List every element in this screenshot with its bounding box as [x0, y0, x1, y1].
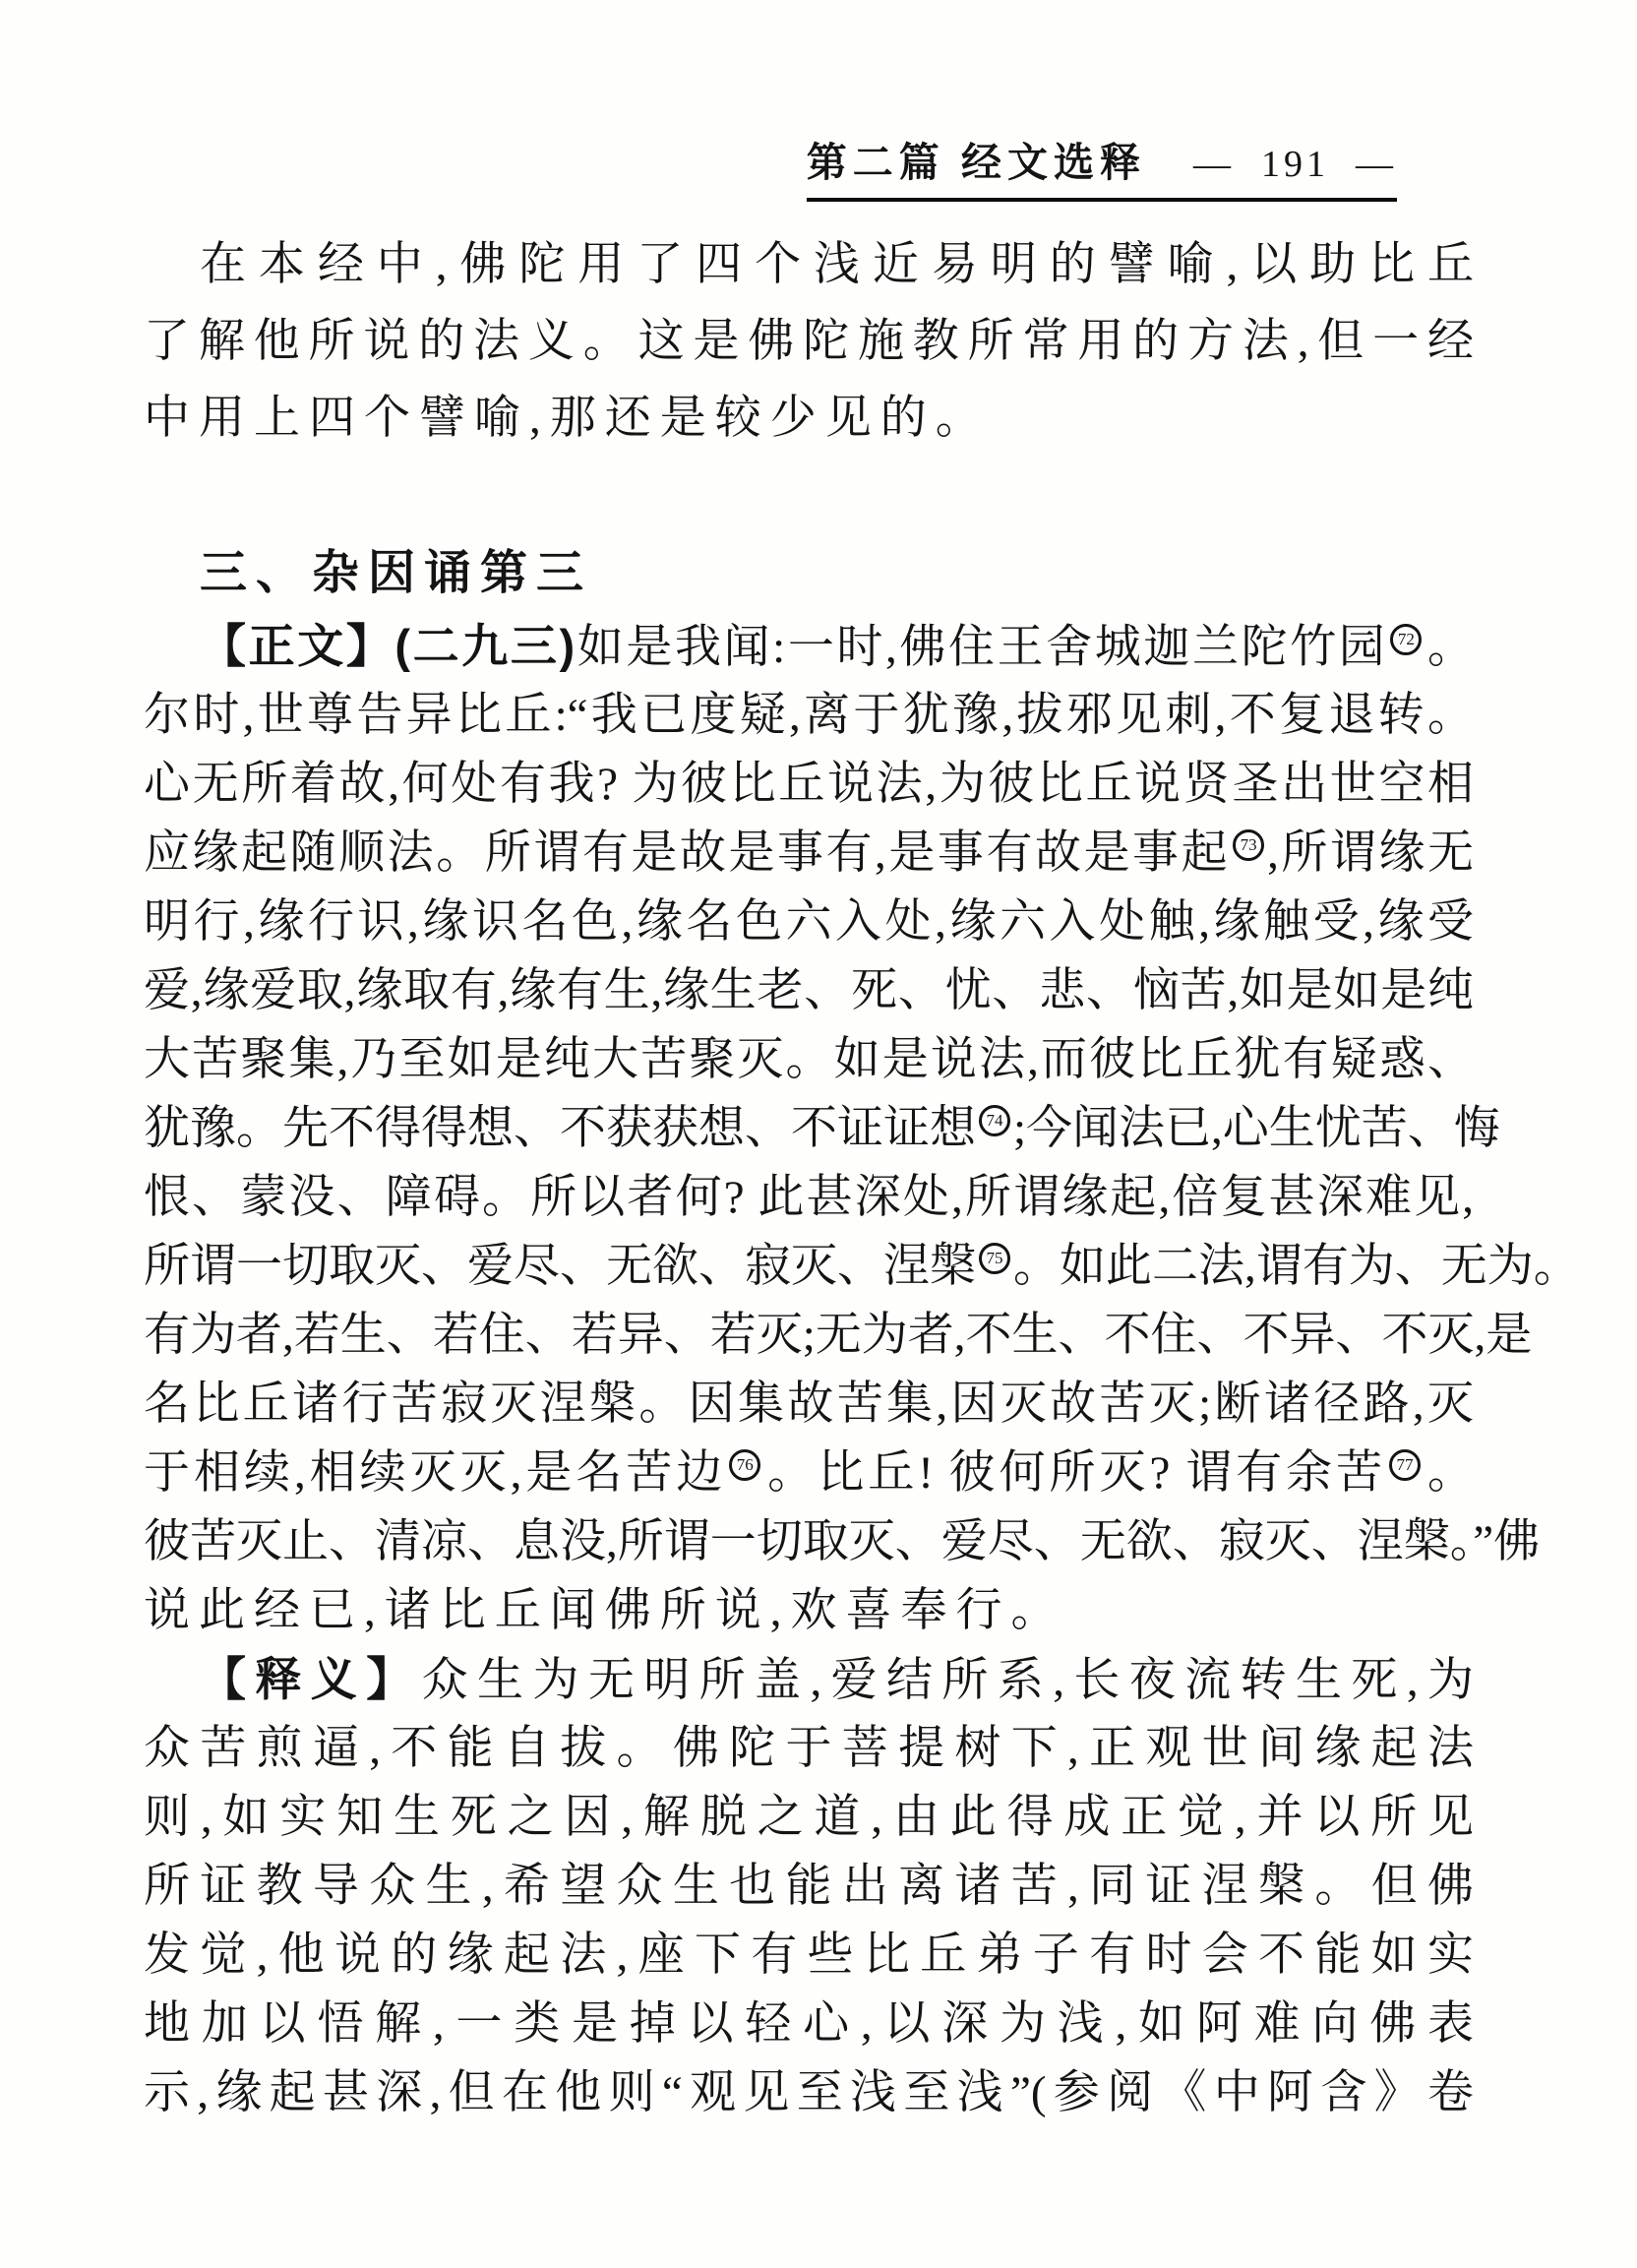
text-line: 三、杂因诵第三	[144, 535, 1474, 612]
text-line: 所证教导众生,希望众生也能出离诸苦,同证涅槃。但佛	[144, 1852, 1474, 1921]
footnote-marker: 72	[1390, 624, 1422, 655]
text-line: 发觉,他说的缘起法,座下有些比丘弟子有时会不能如实	[144, 1921, 1474, 1990]
paragraph: 【释义】众生为无明所盖,爱结所系,长夜流转生死,为众苦煎逼,不能自拔。佛陀于菩提…	[144, 1645, 1474, 2127]
bold-text: 【正文】	[200, 620, 394, 672]
bold-text: 三、杂因诵第三	[200, 547, 592, 599]
document-body: 在本经中,佛陀用了四个浅近易明的譬喻,以助比丘了解他所说的法义。这是佛陀施教所常…	[144, 226, 1474, 2127]
paragraph: 【正文】(二九三)如是我闻:一时,佛住王舍城迦兰陀竹园72。尔时,世尊告异比丘:…	[144, 612, 1474, 1645]
bold-text: 【释义】	[200, 1653, 422, 1705]
text-line: 中用上四个譬喻,那还是较少见的。	[144, 380, 1474, 457]
text-line: 说此经已,诸比丘闻佛所说,欢喜奉行。	[144, 1576, 1474, 1645]
page-header: 第二篇 经文选释 — 191 —	[807, 130, 1397, 202]
text-line: 爱,缘爱取,缘取有,缘有生,缘生老、死、忧、悲、恼苦,如是如是纯	[144, 956, 1474, 1025]
paragraph: 在本经中,佛陀用了四个浅近易明的譬喻,以助比丘了解他所说的法义。这是佛陀施教所常…	[144, 226, 1474, 457]
text-line: 名比丘诸行苦寂灭涅槃。因集故苦集,因灭故苦灭;断诸径路,灭	[144, 1370, 1474, 1439]
text-line: 地加以悟解,一类是掉以轻心,以深为浅,如阿难向佛表	[144, 1990, 1474, 2058]
text-line: 在本经中,佛陀用了四个浅近易明的譬喻,以助比丘	[144, 226, 1474, 303]
text-line: 则,如实知生死之因,解脱之道,由此得成正觉,并以所见	[144, 1783, 1474, 1852]
header-section-title: 第二篇 经文选释	[807, 130, 1146, 188]
text-line: 【正文】(二九三)如是我闻:一时,佛住王舍城迦兰陀竹园72。	[144, 612, 1474, 681]
footnote-marker: 73	[1233, 829, 1264, 861]
text-line: 众苦煎逼,不能自拔。佛陀于菩提树下,正观世间缘起法	[144, 1714, 1474, 1783]
text-line: 了解他所说的法义。这是佛陀施教所常用的方法,但一经	[144, 303, 1474, 380]
text-line: 尔时,世尊告异比丘:“我已度疑,离于犹豫,拔邪见刺,不复退转。	[144, 681, 1474, 750]
text-line: 有为者,若生、若住、若异、若灭;无为者,不生、不住、不异、不灭,是	[144, 1301, 1474, 1370]
footnote-marker: 74	[979, 1105, 1010, 1136]
text-line: 应缘起随顺法。所谓有是故是事有,是事有故是事起73,所谓缘无	[144, 819, 1474, 888]
text-line: 大苦聚集,乃至如是纯大苦聚灭。如是说法,而彼比丘犹有疑惑、	[144, 1025, 1474, 1094]
text-line: 彼苦灭止、清凉、息没,所谓一切取灭、爱尽、无欲、寂灭、涅槃。”佛	[144, 1507, 1474, 1576]
text-line: 于相续,相续灭灭,是名苦边76。比丘! 彼何所灭? 谓有余苦77。	[144, 1439, 1474, 1507]
footnote-marker: 77	[1389, 1449, 1421, 1481]
text-line: 所谓一切取灭、爱尽、无欲、寂灭、涅槃75。如此二法,谓有为、无为。	[144, 1232, 1474, 1301]
footnote-marker: 76	[729, 1449, 760, 1481]
text-line: 心无所着故,何处有我? 为彼比丘说法,为彼比丘说贤圣出世空相	[144, 750, 1474, 819]
header-page-number: — 191 —	[1193, 143, 1397, 186]
text-line: 恨、蒙没、障碍。所以者何? 此甚深处,所谓缘起,倍复甚深难见,	[144, 1163, 1474, 1232]
text-line: 犹豫。先不得得想、不获获想、不证证想74;今闻法已,心生忧苦、悔	[144, 1094, 1474, 1163]
bold-text: (二九三)	[394, 620, 575, 672]
footnote-marker: 75	[979, 1243, 1010, 1274]
book-page: 第二篇 经文选释 — 191 — 在本经中,佛陀用了四个浅近易明的譬喻,以助比丘…	[0, 0, 1637, 2268]
text-line: 示,缘起甚深,但在他则“观见至浅至浅”(参阅《中阿含》卷	[144, 2058, 1474, 2127]
section-heading: 三、杂因诵第三	[144, 535, 1474, 612]
text-line: 【释义】众生为无明所盖,爱结所系,长夜流转生死,为	[144, 1645, 1474, 1714]
text-line: 明行,缘行识,缘识名色,缘名色六入处,缘六入处触,缘触受,缘受	[144, 888, 1474, 956]
